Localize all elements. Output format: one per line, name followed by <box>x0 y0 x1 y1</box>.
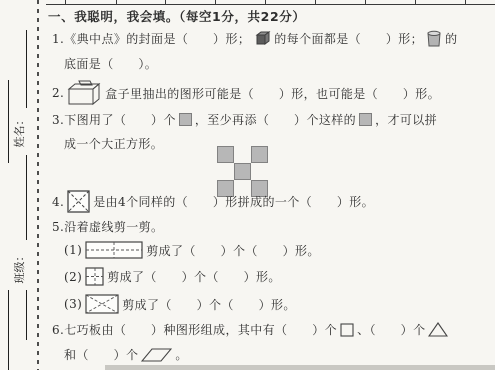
name-label: 姓名： <box>13 109 27 153</box>
binding-dashed-line <box>37 0 39 370</box>
section-title: 一、我聪明，我会填。（每空1分，共22分） <box>48 7 305 25</box>
score-table-divider <box>165 0 166 4</box>
q2-text: 盒子里抽出的图形可能是（ ）形，也可能是（ ）形。 <box>105 85 440 102</box>
margin-write-line <box>26 290 27 340</box>
class-write-line <box>26 155 27 240</box>
cut-rect-cross-icon <box>85 241 143 259</box>
question-5-title: 5.沿着虚线剪一剪。 <box>52 218 163 235</box>
question-1-line-1: 1.《典中点》的封面是（ ）形； 的每个面都是（ ）形； 的 <box>52 30 457 47</box>
name-write-line <box>26 30 27 108</box>
q5-item-text: 剪成了（ ）个（ ）形。 <box>107 268 281 285</box>
q3-text-a: 3.下图用了（ ）个 <box>52 111 176 128</box>
gray-square-icon <box>179 113 192 126</box>
cup-icon <box>426 30 442 47</box>
cutoff-next-line <box>105 365 495 370</box>
cube-icon <box>253 30 271 47</box>
score-table-divider <box>215 0 216 4</box>
score-table-divider <box>465 0 466 4</box>
q6-text-b: 、（ ）个 <box>357 321 425 338</box>
small-square-icon <box>340 323 354 337</box>
question-1-line-2: 底面是（ ）。 <box>64 55 157 72</box>
score-table-divider <box>365 0 366 4</box>
box-icon <box>67 80 102 106</box>
q6-text-a: 6.七巧板由（ ）种图形组成，其中有（ ）个 <box>52 321 337 338</box>
q4-text: 是由4个同样的（ ）形拼成的一个（ ）形。 <box>93 193 374 210</box>
q5-item-number: (2) <box>64 270 82 284</box>
margin-edge-line <box>8 80 9 163</box>
q3-text-c: ，才可以拼 <box>375 111 437 128</box>
score-table-divider <box>65 0 66 4</box>
q3-line2-text: 成一个大正方形。 <box>64 135 163 152</box>
q6-line2-text-b: 。 <box>175 346 187 363</box>
question-4: 4. 是由4个同样的（ ）形拼成的一个（ ）形。 <box>52 190 374 213</box>
parallelogram-icon <box>141 348 172 362</box>
figure-cell <box>234 163 251 180</box>
q4-number: 4. <box>52 195 64 209</box>
q5-title-text: 5.沿着虚线剪一剪。 <box>52 218 163 235</box>
cut-rect-diagonals-icon <box>85 294 119 314</box>
question-5-item-2: (2) 剪成了（ ）个（ ）形。 <box>64 267 281 286</box>
q1-text-b: 的每个面都是（ ）形； <box>274 30 423 47</box>
q3-text-b: ，至少再添（ ）个这样的 <box>195 111 356 128</box>
margin-edge-line <box>8 290 9 370</box>
q6-line2-text-a: 和（ ）个 <box>64 346 138 363</box>
q5-item-text: 剪成了（ ）个（ ）形。 <box>122 296 296 313</box>
score-table-divider <box>315 0 316 4</box>
question-3-line-2: 成一个大正方形。 <box>64 135 163 152</box>
section-title-text: 一、我聪明，我会填。（每空1分，共22分） <box>48 7 305 25</box>
triangle-icon <box>428 322 448 337</box>
question-6-line-2: 和（ ）个 。 <box>64 346 188 363</box>
square-x-icon <box>67 190 90 213</box>
gray-square-icon <box>359 113 372 126</box>
figure-cell <box>251 146 268 163</box>
question-3-line-1: 3.下图用了（ ）个 ，至少再添（ ）个这样的 ，才可以拼 <box>52 111 437 128</box>
score-table-divider <box>116 0 117 4</box>
score-table-divider <box>415 0 416 4</box>
q5-item-number: (3) <box>64 297 82 311</box>
score-table-bottom-edge <box>46 4 495 5</box>
question-5-item-3: (3) 剪成了（ ）个（ ）形。 <box>64 294 296 314</box>
q1-text-c: 的 <box>445 30 457 47</box>
question-2: 2. 盒子里抽出的图形可能是（ ）形，也可能是（ ）形。 <box>52 80 440 106</box>
figure-cell <box>217 146 234 163</box>
cut-square-cross-icon <box>85 267 104 286</box>
q1-line2-text: 底面是（ ）。 <box>64 55 157 72</box>
class-label: 班级： <box>13 245 27 289</box>
score-table-divider <box>265 0 266 4</box>
q1-text-a: 1.《典中点》的封面是（ ）形； <box>52 30 250 47</box>
worksheet-page: 姓名： 班级： 一、我聪明，我会填。（每空1分，共22分） 1.《典中点》的封面… <box>0 0 495 370</box>
question-6-line-1: 6.七巧板由（ ）种图形组成，其中有（ ）个 、（ ）个 <box>52 321 448 338</box>
q5-item-text: 剪成了（ ）个（ ）形。 <box>146 242 320 259</box>
q5-item-number: (1) <box>64 243 82 257</box>
question-5-item-1: (1) 剪成了（ ）个（ ）形。 <box>64 241 320 259</box>
q2-number: 2. <box>52 86 64 100</box>
